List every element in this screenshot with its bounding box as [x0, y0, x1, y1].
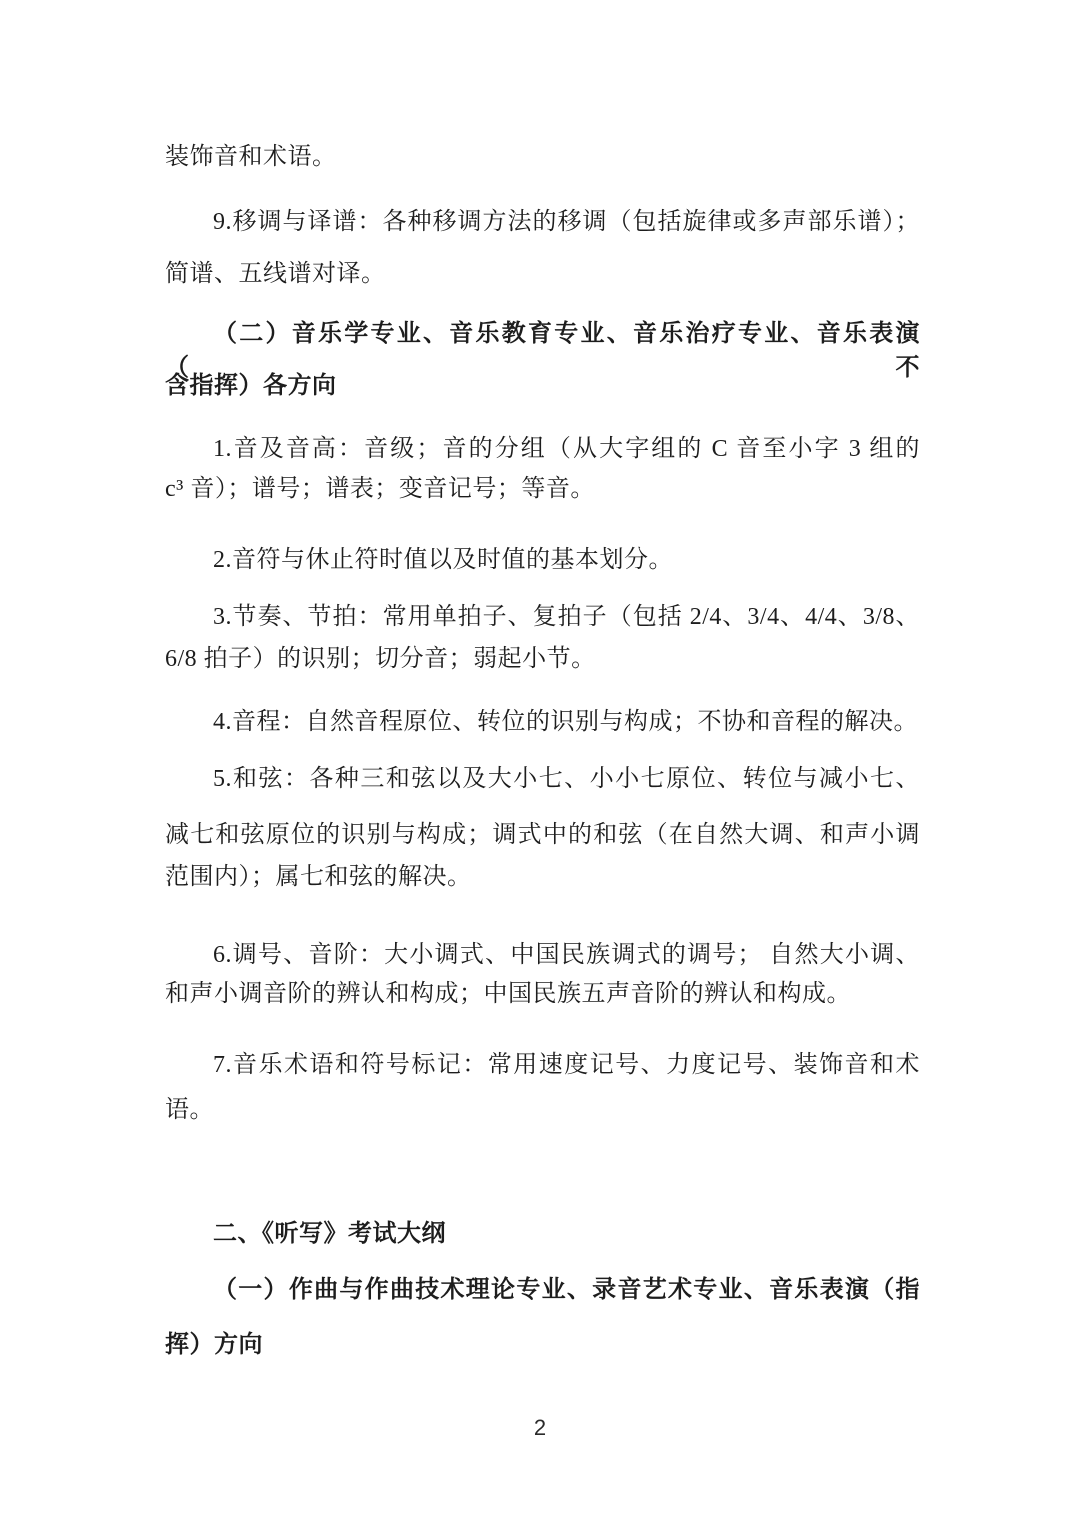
body-line: 6.调号、音阶：大小调式、中国民族调式的调号； 自然大小调、 — [165, 938, 920, 972]
body-line: 范围内）；属七和弦的解决。 — [165, 860, 920, 894]
body-line: 3.节奏、节拍：常用单拍子、复拍子（包括 2/4、3/4、4/4、3/8、 — [165, 600, 920, 634]
body-line: 简谱、五线谱对译。 — [165, 257, 920, 291]
body-line: c³ 音）；谱号；谱表；变音记号；等音。 — [165, 472, 920, 506]
body-line: 语。 — [165, 1093, 920, 1127]
section-title-dictation: 二、《听写》考试大纲 — [165, 1217, 920, 1251]
body-line: 装饰音和术语。 — [165, 140, 920, 174]
body-line: 减七和弦原位的识别与构成；调式中的和弦（在自然大调、和声小调 — [165, 818, 920, 852]
section-heading-1-line1: （一）作曲与作曲技术理论专业、录音艺术专业、音乐表演（指 — [165, 1273, 920, 1307]
body-line: 2.音符与休止符时值以及时值的基本划分。 — [165, 543, 920, 577]
body-line: 5.和弦：各种三和弦以及大小七、小小七原位、转位与减小七、 — [165, 762, 920, 796]
body-line: 7.音乐术语和符号标记：常用速度记号、力度记号、装饰音和术 — [165, 1048, 920, 1082]
body-line: 1.音及音高：音级；音的分组（从大字组的 C 音至小字 3 组的 — [165, 432, 920, 466]
section-heading-1-line2: 挥）方向 — [165, 1328, 920, 1362]
body-line: 和声小调音阶的辨认和构成；中国民族五声音阶的辨认和构成。 — [165, 977, 920, 1011]
page-number: 2 — [0, 1413, 1080, 1443]
section-heading-2-line2: 含指挥）各方向 — [165, 369, 920, 403]
body-line: 4.音程：自然音程原位、转位的识别与构成；不协和音程的解决。 — [165, 705, 920, 739]
body-line: 9.移调与译谱：各种移调方法的移调（包括旋律或多声部乐谱）； — [165, 205, 920, 239]
body-line: 6/8 拍子）的识别；切分音；弱起小节。 — [165, 642, 920, 676]
document-page: 装饰音和术语。 9.移调与译谱：各种移调方法的移调（包括旋律或多声部乐谱）； 简… — [0, 0, 1080, 1528]
